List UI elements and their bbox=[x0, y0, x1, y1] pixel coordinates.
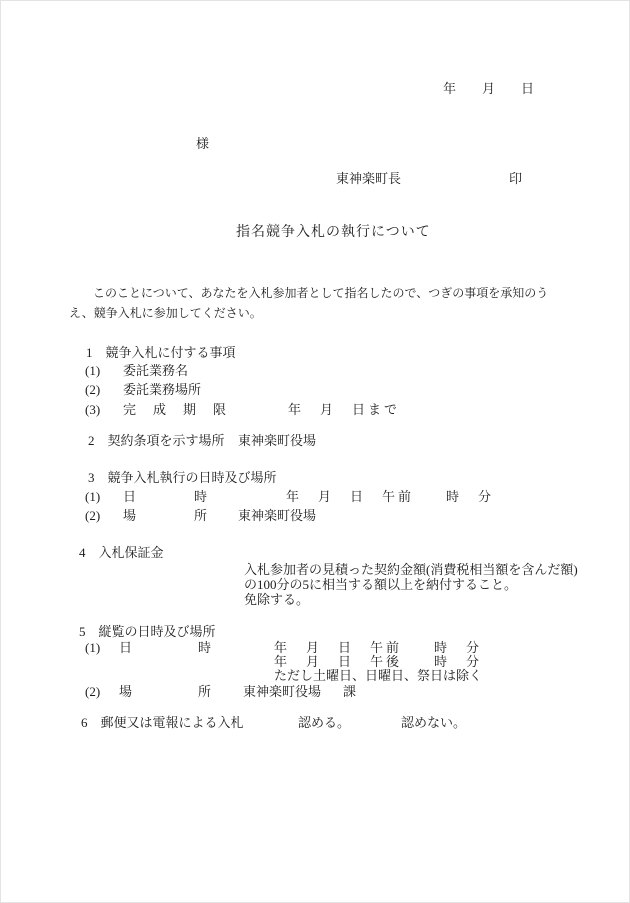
section-1-heading: 1 競争入札に付する事項 bbox=[86, 346, 236, 359]
s1-item1-marker: (1) bbox=[85, 364, 100, 377]
s5-item1-label1: 日 bbox=[119, 641, 132, 654]
s5-item2-value: 東神楽町役場 bbox=[243, 685, 321, 698]
s5-item2-suffix: 課 bbox=[343, 685, 356, 698]
s1-item1-label: 委託業務名 bbox=[123, 364, 188, 377]
s4-note-2: の100分の5に相当する額以上を納付すること。 bbox=[244, 578, 517, 591]
body-line-2: え、競争入札に参加してください。 bbox=[69, 307, 262, 319]
s3-item1-marker: (1) bbox=[85, 490, 100, 503]
s1-item3-marker: (3) bbox=[85, 403, 100, 416]
seal-mark: 印 bbox=[509, 172, 522, 185]
s5-item2-label1: 場 bbox=[119, 685, 132, 698]
section-3-heading: 3 競争入札執行の日時及び場所 bbox=[88, 471, 277, 484]
s5-item1-note: ただし土曜日、日曜日、祭日は除く bbox=[274, 669, 482, 682]
section-4-heading: 4 入札保証金 bbox=[79, 546, 164, 559]
body-line-1: このことについて、あなたを入札参加者として指名したので、つぎの事項を承知のう bbox=[69, 287, 548, 299]
s5-item1-value-am: 年 月 日 午前 時 分 bbox=[274, 641, 482, 654]
date-line: 年 月 日 bbox=[443, 82, 534, 95]
s1-item3-value: 年 月 日まで bbox=[288, 403, 400, 416]
recipient-sama: 様 bbox=[196, 137, 209, 150]
s5-item2-label2: 所 bbox=[198, 685, 211, 698]
section-5-heading: 5 縦覧の日時及び場所 bbox=[79, 625, 216, 638]
s6-option-accept: 認める。 bbox=[298, 716, 350, 729]
s5-item1-value-pm: 年 月 日 午後 時 分 bbox=[274, 655, 482, 668]
s3-item2-label2: 所 bbox=[194, 509, 207, 522]
s5-item1-marker: (1) bbox=[85, 641, 100, 654]
s3-item1-label2: 時 bbox=[194, 490, 207, 503]
s1-item3-label: 完成期限 bbox=[123, 403, 243, 416]
s4-note-1: 入札参加者の見積った契約金額(消費税相当額を含んだ額) bbox=[244, 563, 578, 576]
s2-value: 東神楽町役場 bbox=[238, 434, 316, 447]
s5-item2-marker: (2) bbox=[85, 685, 100, 698]
s3-item1-label1: 日 bbox=[123, 490, 136, 503]
section-2-heading: 2 契約条項を示す場所 bbox=[88, 434, 225, 447]
sender-title: 東神楽町長 bbox=[336, 172, 401, 185]
s1-item2-label: 委託業務場所 bbox=[123, 383, 201, 396]
s5-item1-label2: 時 bbox=[198, 641, 211, 654]
section-6-heading: 6 郵便又は電報による入札 bbox=[81, 716, 244, 729]
document-page: 年 月 日 様 東神楽町長 印 指名競争入札の執行について このことについて、あ… bbox=[0, 0, 630, 903]
s3-item2-value: 東神楽町役場 bbox=[238, 509, 316, 522]
s3-item1-value: 年 月 日 午前 時 分 bbox=[286, 490, 494, 503]
s6-option-reject: 認めない。 bbox=[401, 716, 466, 729]
s1-item2-marker: (2) bbox=[85, 383, 100, 396]
s4-note-3: 免除する。 bbox=[244, 593, 309, 606]
s3-item2-marker: (2) bbox=[85, 509, 100, 522]
document-title: 指名競争入札の執行について bbox=[236, 226, 431, 240]
s3-item2-label1: 場 bbox=[123, 509, 136, 522]
